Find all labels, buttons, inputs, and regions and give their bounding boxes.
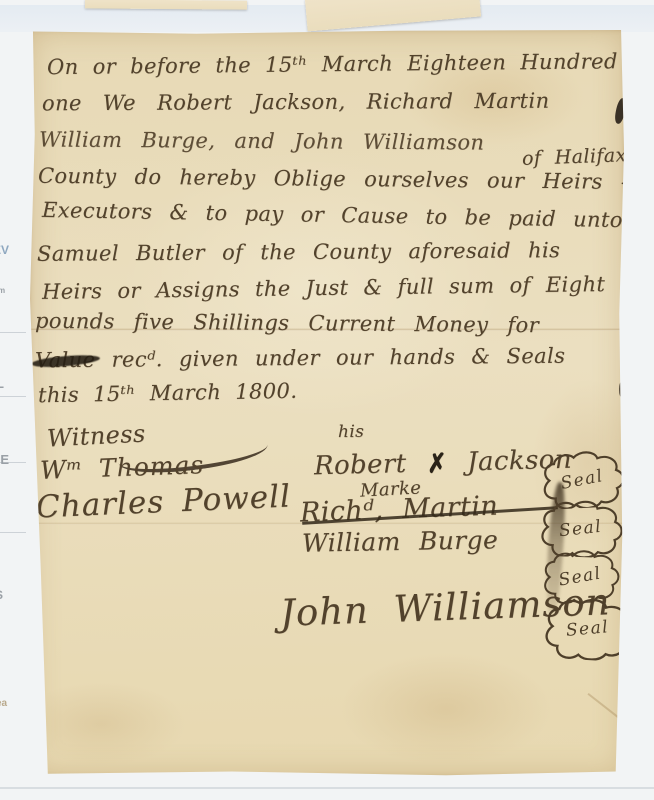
his-mark-note: his: [338, 422, 364, 442]
body-line-9: Value recᵈ. given under our hands & Seal…: [35, 344, 566, 373]
robert-first-name: Robert: [314, 449, 407, 481]
corner-crease: [587, 693, 654, 753]
witness-label: Witness: [46, 419, 146, 452]
body-line-5: Executors & to pay or Cause to be paid u…: [42, 198, 623, 232]
body-line-6: Samuel Butler of the County aforesaid hi…: [37, 238, 560, 266]
struck-word-value: Value: [35, 348, 96, 373]
seal-4: Seal: [537, 594, 637, 663]
underlying-page-text-fragment: EV: [0, 243, 9, 257]
robert-x-mark: ✗: [427, 448, 447, 480]
signature-william-burge: William Burge: [302, 525, 499, 557]
paper-scrap: [85, 0, 247, 10]
scanner-background-line: [0, 787, 654, 789]
underlying-page-text-fragment: m: [0, 286, 5, 295]
body-line-2: one We Robert Jackson, Richard Martin: [42, 89, 550, 116]
underlying-page-text-fragment: ea: [0, 698, 7, 709]
witness-signature-charles-powell: Charles Powell: [35, 478, 291, 525]
body-line-9-rest: recᵈ. given under our hands & Seals: [111, 344, 565, 372]
document-paper: On or before the 15ᵗʰ March Eighteen Hun…: [30, 30, 624, 776]
underlying-page-rule: [0, 396, 26, 397]
underlying-page-text-fragment: AE: [0, 452, 9, 467]
underlying-page-rule: [0, 332, 26, 333]
body-line-4: County do hereby Oblige ourselves our He…: [38, 164, 654, 195]
underlying-page-text-fragment: S: [0, 588, 3, 602]
body-line-3: William Burge, and John Williamson: [39, 127, 485, 154]
body-line-1: On or before the 15ᵗʰ March Eighteen Hun…: [47, 49, 651, 79]
ink-blot: [619, 382, 624, 397]
witness-signature-wm-thomas: Wᵐ Thomas: [40, 450, 205, 485]
body-line-3-halifax: of Halifax: [522, 144, 627, 170]
body-line-7: Heirs or Assigns the Just & full sum of …: [42, 272, 606, 304]
ink-blot: [613, 97, 627, 124]
body-line-8: pounds five Shillings Current Money for: [35, 309, 539, 337]
seal-label: Seal: [536, 592, 638, 664]
body-line-10-date: this 15ᵗʰ March 1800.: [38, 379, 298, 408]
underlying-page-rule: [0, 532, 26, 533]
underlying-page-text-fragment: L: [0, 376, 4, 391]
